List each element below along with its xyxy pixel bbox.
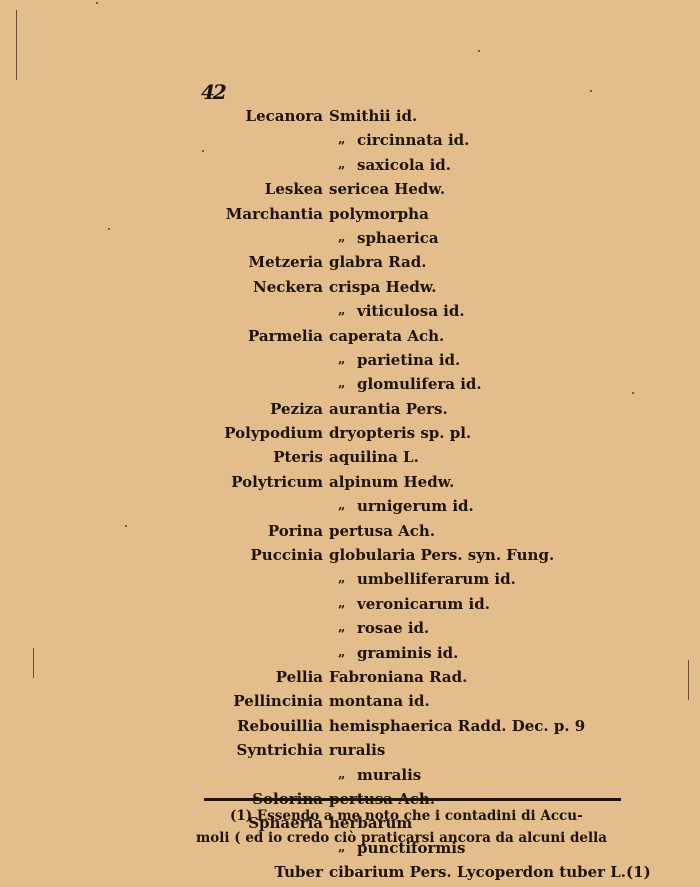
species-name: globularia Pers. syn. Fung. <box>329 543 554 567</box>
right-margin-mark <box>688 660 689 700</box>
species-entry: Parmeliacaperata Ach. <box>0 324 700 348</box>
species-name: parietina id. <box>357 348 460 372</box>
species-name: pertusa Ach. <box>329 519 435 543</box>
species-entry: „glomulifera id. <box>0 372 700 396</box>
footnote-line-2: moli ( ed io credo ciò praticarsi ancora… <box>196 827 621 849</box>
genus-name: Peziza <box>270 397 323 421</box>
species-entry: „rosae id. <box>0 616 700 640</box>
species-entry: Pellinciniamontana id. <box>0 689 700 713</box>
species-name: glomulifera id. <box>357 372 482 396</box>
genus-name: Pteris <box>273 445 323 469</box>
species-entry: Metzeriaglabra Rad. <box>0 250 700 274</box>
species-name: urnigerum id. <box>357 494 474 518</box>
genus-name: Parmelia <box>248 324 323 348</box>
species-name: Smithii id. <box>329 104 417 128</box>
species-entry: „sphaerica <box>0 226 700 250</box>
genus-name: Puccinia <box>251 543 323 567</box>
species-name: montana id. <box>329 689 430 713</box>
footnote-rule-right <box>428 798 621 801</box>
genus-name: Polytricum <box>231 470 323 494</box>
genus-name: Metzeria <box>249 250 323 274</box>
species-entry: Polytricumalpinum Hedw. <box>0 470 700 494</box>
species-name: veronicarum id. <box>357 592 490 616</box>
footnote-rule-left <box>204 798 427 801</box>
species-entry: Pucciniaglobularia Pers. syn. Fung. <box>0 543 700 567</box>
species-entry: „veronicarum id. <box>0 592 700 616</box>
genus-name: Syntrichia <box>237 738 323 762</box>
species-name: aurantia Pers. <box>329 397 448 421</box>
species-name: crispa Hedw. <box>329 275 436 299</box>
ditto-mark: „ <box>338 641 345 665</box>
species-name: hemisphaerica Radd. Dec. p. 9 <box>329 714 585 738</box>
species-entry: Rebouilliahemisphaerica Radd. Dec. p. 9 <box>0 714 700 738</box>
scan-speck <box>125 525 127 527</box>
species-entry: Tubercibarium Pers. Lycoperdon tuber L.(… <box>0 860 700 884</box>
species-entry: Marchantiapolymorpha <box>0 202 700 226</box>
species-name: aquilina L. <box>329 445 419 469</box>
genus-name: Lecanora <box>246 104 323 128</box>
species-entry: „umbelliferarum id. <box>0 567 700 591</box>
species-name: ruralis <box>329 738 385 762</box>
left-margin-mark-lower <box>33 648 34 678</box>
species-name: umbelliferarum id. <box>357 567 516 591</box>
footnote: (1) Essendo a me noto che i contadini di… <box>196 805 621 849</box>
scan-speck <box>478 50 480 52</box>
left-margin-mark <box>16 10 17 80</box>
genus-name: Leskea <box>265 177 323 201</box>
species-entry: „urnigerum id. <box>0 494 700 518</box>
species-entry: „muralis <box>0 763 700 787</box>
species-list: LecanoraSmithii id.„circinnata id.„saxic… <box>0 104 700 885</box>
scan-speck <box>632 392 634 394</box>
species-name: rosae id. <box>357 616 429 640</box>
ditto-mark: „ <box>338 592 345 616</box>
species-name: sphaerica <box>357 226 439 250</box>
genus-name: Porina <box>268 519 323 543</box>
ditto-mark: „ <box>338 226 345 250</box>
species-entry: Syntrichiaruralis <box>0 738 700 762</box>
genus-name: Rebouillia <box>237 714 323 738</box>
species-entry: „saxicola id. <box>0 153 700 177</box>
ditto-mark: „ <box>338 348 345 372</box>
ditto-mark: „ <box>338 616 345 640</box>
genus-name: Pellincinia <box>233 689 323 713</box>
species-entry: Leskeasericea Hedw. <box>0 177 700 201</box>
ditto-mark: „ <box>338 128 345 152</box>
species-entry: „parietina id. <box>0 348 700 372</box>
genus-name: Polypodium <box>224 421 323 445</box>
species-entry: Polypodiumdryopteris sp. pl. <box>0 421 700 445</box>
scan-speck <box>590 90 592 92</box>
species-name: circinnata id. <box>357 128 469 152</box>
species-entry: „viticulosa id. <box>0 299 700 323</box>
species-entry: „graminis id. <box>0 641 700 665</box>
scan-speck <box>108 228 110 230</box>
species-name: caperata Ach. <box>329 324 444 348</box>
species-name: Fabroniana Rad. <box>329 665 467 689</box>
page-number: 42 <box>201 80 225 104</box>
genus-name: Tuber <box>274 860 323 884</box>
species-entry: Porinapertusa Ach. <box>0 519 700 543</box>
ditto-mark: „ <box>338 494 345 518</box>
species-name: sericea Hedw. <box>329 177 445 201</box>
ditto-mark: „ <box>338 153 345 177</box>
scan-speck <box>202 150 204 152</box>
species-entry: PelliaFabroniana Rad. <box>0 665 700 689</box>
species-name: glabra Rad. <box>329 250 426 274</box>
species-name: muralis <box>357 763 421 787</box>
genus-name: Marchantia <box>226 202 323 226</box>
genus-name: Neckera <box>253 275 323 299</box>
species-name: viticulosa id. <box>357 299 465 323</box>
species-entry: Pezizaaurantia Pers. <box>0 397 700 421</box>
species-name: dryopteris sp. pl. <box>329 421 471 445</box>
species-entry: „circinnata id. <box>0 128 700 152</box>
species-entry: LecanoraSmithii id. <box>0 104 700 128</box>
ditto-mark: „ <box>338 299 345 323</box>
ditto-mark: „ <box>338 763 345 787</box>
ditto-mark: „ <box>338 567 345 591</box>
species-name: alpinum Hedw. <box>329 470 454 494</box>
scan-speck <box>96 2 98 4</box>
species-entry: Pterisaquilina L. <box>0 445 700 469</box>
species-name: saxicola id. <box>357 153 451 177</box>
species-name: cibarium Pers. Lycoperdon tuber L.(1) <box>329 860 651 884</box>
ditto-mark: „ <box>338 372 345 396</box>
species-entry: Neckeracrispa Hedw. <box>0 275 700 299</box>
species-name: polymorpha <box>329 202 429 226</box>
species-name: graminis id. <box>357 641 458 665</box>
footnote-line-1: (1) Essendo a me noto che i contadini di… <box>196 805 621 827</box>
genus-name: Pellia <box>276 665 323 689</box>
